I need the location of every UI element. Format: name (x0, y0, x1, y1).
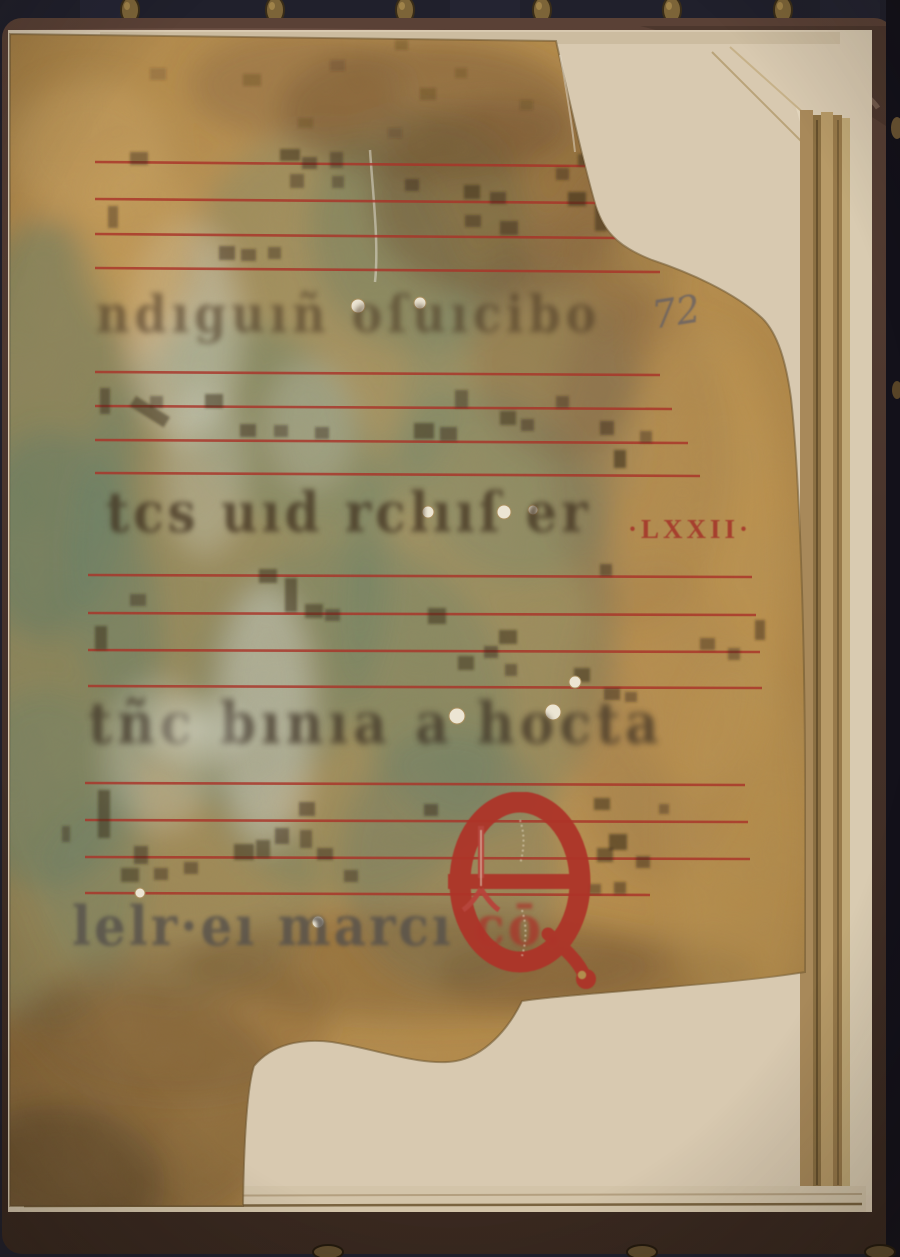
book-and-parchment-rendering (0, 0, 900, 1257)
manuscript-photo: ndıguıñ oſuıcibo tcs uıd rclııſ er tñc b… (0, 0, 900, 1257)
chant-text-line-1: ndıguıñ oſuıcibo (96, 284, 601, 344)
folio-number-pencil: 72 (649, 286, 704, 337)
chant-text-line-2: tcs uıd rclııſ er (106, 480, 592, 545)
chant-text-line-3: tñc bınıa a hocta (88, 690, 664, 757)
decorated-initial-E (438, 792, 618, 992)
photo-vignette (0, 0, 900, 1257)
folio-number-roman: ·LXXII· (628, 514, 752, 545)
chant-text-line-4-text: lelr·eı marcı (72, 894, 454, 958)
